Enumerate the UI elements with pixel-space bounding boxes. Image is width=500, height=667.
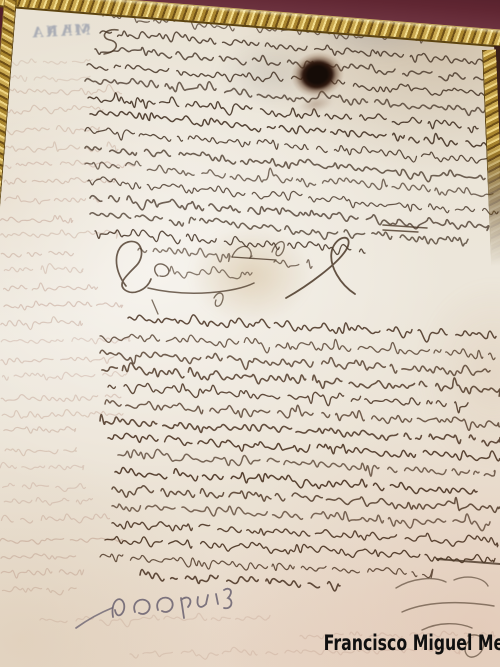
handwriting-stroke	[5, 75, 90, 81]
handwriting-stroke	[232, 246, 252, 258]
handwriting-stroke	[1, 514, 109, 523]
handwriting-stroke	[90, 111, 490, 147]
handwriting-stroke	[5, 448, 76, 456]
handwriting-stroke	[5, 160, 134, 168]
handwriting-stroke	[4, 427, 76, 433]
handwriting-stroke	[138, 248, 230, 262]
handwriting-stroke	[1, 251, 73, 257]
handwriting-stroke	[3, 483, 86, 492]
handwriting-stroke	[3, 85, 121, 95]
handwriting-stroke	[87, 64, 492, 97]
handwriting-stroke	[140, 570, 340, 591]
handwriting-stroke	[5, 196, 100, 204]
handwriting-stroke	[383, 230, 418, 232]
handwriting-stroke	[85, 79, 485, 116]
handwriting-stroke	[1, 317, 83, 330]
handwriting-stroke	[148, 283, 254, 293]
handwriting-stroke	[88, 177, 498, 215]
handwriting-stroke	[0, 462, 83, 469]
handwriting-stroke	[90, 196, 489, 231]
handwriting-stroke	[90, 213, 468, 246]
handwriting-stroke	[181, 589, 231, 618]
handwriting-stroke	[85, 146, 485, 181]
handwriting-stroke	[4, 264, 83, 274]
handwriting-stroke	[85, 127, 493, 163]
handwriting-stroke	[102, 363, 500, 396]
handwriting-stroke	[4, 178, 115, 185]
handwriting-stroke	[214, 293, 223, 306]
handwriting-stroke	[108, 433, 500, 460]
handwriting-stroke	[1, 357, 114, 365]
handwriting-stroke	[10, 59, 90, 66]
handwriting-stroke	[40, 613, 270, 626]
handwriting-stroke	[232, 257, 276, 260]
handwriting-stroke	[100, 350, 490, 375]
manuscript-handwriting-svg	[0, 0, 500, 667]
handwriting-stroke	[2, 372, 127, 381]
handwriting-stroke	[2, 410, 123, 419]
handwriting-stroke	[116, 241, 151, 292]
handwriting-stroke	[4, 105, 103, 114]
handwriting-stroke	[1, 568, 83, 578]
photo-credit-text: Francisco Miguel Merino Laguna. Jul 2014	[324, 631, 500, 656]
handwriting-stroke	[1, 394, 121, 401]
handwriting-stroke	[4, 283, 98, 291]
handwriting-stroke	[152, 300, 158, 314]
handwriting-stroke	[100, 415, 500, 446]
handwriting-stroke	[4, 301, 123, 310]
handwriting-stroke	[274, 260, 312, 269]
handwriting-stroke	[155, 264, 169, 276]
handwriting-stroke	[396, 577, 488, 588]
handwriting-stroke	[170, 266, 252, 278]
handwriting-stroke	[112, 598, 172, 617]
handwriting-stroke	[5, 142, 118, 152]
handwriting-stroke	[2, 587, 76, 595]
handwriting-stroke	[402, 603, 494, 612]
handwriting-stroke	[1, 216, 73, 223]
handwriting-stroke	[4, 498, 92, 506]
handwriting-stroke	[1, 554, 76, 559]
framed-manuscript-photo: MARA CIE N Francisco Miguel Merino Lagun…	[0, 0, 500, 667]
